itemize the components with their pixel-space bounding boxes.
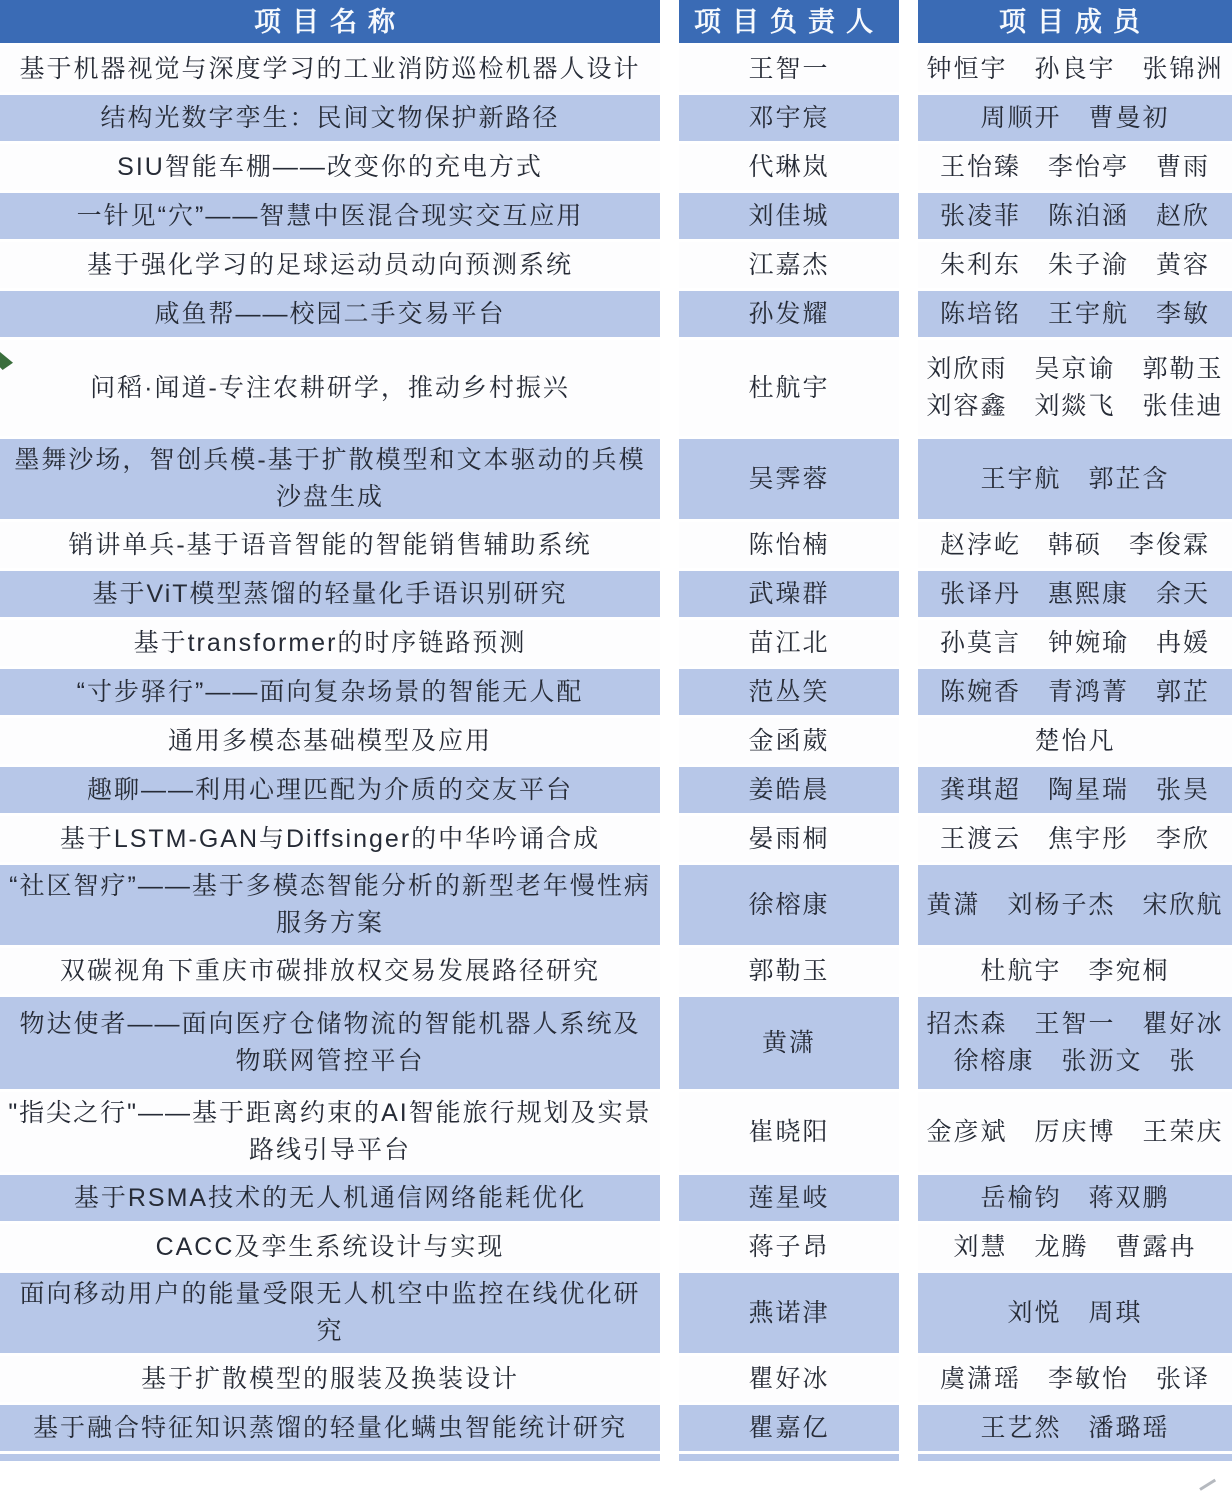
project-members-cell: 赵浡屹 韩硕 李俊霖 <box>918 522 1232 568</box>
table-row: "指尖之行"——基于距离约束的AI智能旅行规划及实景路线引导平台 崔晓阳 金彦斌… <box>0 1092 1232 1172</box>
project-leader-cell: 燕诺津 <box>679 1273 899 1353</box>
project-leader-cell: 邓宇宸 <box>679 95 899 141</box>
table-row: 基于ViT模型蒸馏的轻量化手语识别研究 武璪群 张译丹 惠熙康 余天 <box>0 571 1232 617</box>
pen-scratch-artifact <box>1194 1470 1216 1491</box>
table-row: 基于机器视觉与深度学习的工业消防巡检机器人设计 王智一 钟恒宇 孙良宇 张锦洲 <box>0 46 1232 92</box>
project-members-cell: 张译丹 惠熙康 余天 <box>918 571 1232 617</box>
project-members-cell: 金彦斌 厉庆博 王荣庆 <box>918 1092 1232 1172</box>
project-leader-cell: 范丛笑 <box>679 669 899 715</box>
project-members-cell: 刘悦 周琪 <box>918 1273 1232 1353</box>
project-name-cell: “社区智疗”——基于多模态智能分析的新型老年慢性病服务方案 <box>0 865 660 945</box>
project-name-cell: 一针见“穴”——智慧中医混合现实交互应用 <box>0 193 660 239</box>
project-name-cell: 基于transformer的时序链路预测 <box>0 620 660 666</box>
project-members-cell: 王怡臻 李怡亭 曹雨 <box>918 144 1232 190</box>
project-name-cell: 基于LSTM-GAN与Diffsinger的中华吟诵合成 <box>0 816 660 862</box>
project-leader-cell: 瞿好冰 <box>679 1356 899 1402</box>
project-leader-cell: 吴霁蓉 <box>679 439 899 519</box>
project-members-cell: 杜航宇 李宛桐 <box>918 948 1232 994</box>
project-members-cell: 王艺然 潘璐瑶 <box>918 1405 1232 1451</box>
header-project-leader: 项目负责人 <box>679 0 899 43</box>
project-name-cell: 咸鱼帮——校园二手交易平台 <box>0 291 660 337</box>
project-members-cell: 钟恒宇 孙良宇 张锦洲 <box>918 46 1232 92</box>
project-leader-cell: 瞿嘉亿 <box>679 1405 899 1451</box>
table-row: SIU智能车棚——改变你的充电方式 代琳岚 王怡臻 李怡亭 曹雨 <box>0 144 1232 190</box>
table-header-row: 项目名称 项目负责人 项目成员 <box>0 0 1232 43</box>
project-name-cell: “寸步驿行”——面向复杂场景的智能无人配 <box>0 669 660 715</box>
project-leader-cell: 杜航宇 <box>679 340 899 436</box>
project-leader-cell: 孙发耀 <box>679 291 899 337</box>
project-leader-cell: 代琳岚 <box>679 144 899 190</box>
project-leader-cell: 金函葳 <box>679 718 899 764</box>
table-row: 双碳视角下重庆市碳排放权交易发展路径研究 郭勒玉 杜航宇 李宛桐 <box>0 948 1232 994</box>
table-row: 基于扩散模型的服装及换装设计 瞿好冰 虞潇瑶 李敏怡 张译 <box>0 1356 1232 1402</box>
project-members-cell: 陈培铭 王宇航 李敏 <box>918 291 1232 337</box>
project-name-cell: 双碳视角下重庆市碳排放权交易发展路径研究 <box>0 948 660 994</box>
projects-table: 项目名称 项目负责人 项目成员 基于机器视觉与深度学习的工业消防巡检机器人设计 … <box>0 0 1232 1461</box>
project-name-cell: 墨舞沙场，智创兵模-基于扩散模型和文本驱动的兵模沙盘生成 <box>0 439 660 519</box>
project-name-cell: 通用多模态基础模型及应用 <box>0 718 660 764</box>
table-row: 基于融合特征知识蒸馏的轻量化螨虫智能统计研究 瞿嘉亿 王艺然 潘璐瑶 <box>0 1405 1232 1451</box>
project-leader-cell: 姜皓晨 <box>679 767 899 813</box>
table-row: 墨舞沙场，智创兵模-基于扩散模型和文本驱动的兵模沙盘生成 吴霁蓉 王宇航 郭芷含 <box>0 439 1232 519</box>
table-body: 基于机器视觉与深度学习的工业消防巡检机器人设计 王智一 钟恒宇 孙良宇 张锦洲 … <box>0 46 1232 1451</box>
project-leader-cell: 莲星岐 <box>679 1175 899 1221</box>
project-members-cell: 刘欣雨 吴京谕 郭勒玉 刘容鑫 刘燚飞 张佳迪 <box>918 340 1232 436</box>
partial-cell-3 <box>918 1454 1232 1461</box>
table-row: 结构光数字孪生：民间文物保护新路径 邓宇宸 周顺开 曹曼初 <box>0 95 1232 141</box>
project-name-cell: 基于ViT模型蒸馏的轻量化手语识别研究 <box>0 571 660 617</box>
partial-cell-1 <box>0 1454 660 1461</box>
table-row: 基于transformer的时序链路预测 苗江北 孙莫言 钟婉瑜 冉媛 <box>0 620 1232 666</box>
table-row: 基于RSMA技术的无人机通信网络能耗优化 莲星岐 岳榆钧 蒋双鹏 <box>0 1175 1232 1221</box>
project-name-cell: 物达使者——面向医疗仓储物流的智能机器人系统及物联网管控平台 <box>0 997 660 1089</box>
project-name-cell: 面向移动用户的能量受限无人机空中监控在线优化研究 <box>0 1273 660 1353</box>
table-row: 面向移动用户的能量受限无人机空中监控在线优化研究 燕诺津 刘悦 周琪 <box>0 1273 1232 1353</box>
table-row: 销讲单兵-基于语音智能的智能销售辅助系统 陈怡楠 赵浡屹 韩硕 李俊霖 <box>0 522 1232 568</box>
project-leader-cell: 刘佳城 <box>679 193 899 239</box>
project-leader-cell: 郭勒玉 <box>679 948 899 994</box>
project-leader-cell: 江嘉杰 <box>679 242 899 288</box>
project-leader-cell: 武璪群 <box>679 571 899 617</box>
project-leader-cell: 黄潇 <box>679 997 899 1089</box>
project-leader-cell: 徐榕康 <box>679 865 899 945</box>
project-members-cell: 周顺开 曹曼初 <box>918 95 1232 141</box>
project-members-cell: 楚怡凡 <box>918 718 1232 764</box>
table-row: 问稻·闻道-专注农耕研学，推动乡村振兴 杜航宇 刘欣雨 吴京谕 郭勒玉 刘容鑫 … <box>0 340 1232 436</box>
table-row: CACC及孪生系统设计与实现 蒋子昂 刘慧 龙腾 曹露冉 <box>0 1224 1232 1270</box>
project-members-cell: 刘慧 龙腾 曹露冉 <box>918 1224 1232 1270</box>
project-members-cell: 龚琪超 陶星瑞 张昊 <box>918 767 1232 813</box>
table-row: “寸步驿行”——面向复杂场景的智能无人配 范丛笑 陈婉香 青鸿菁 郭芷 <box>0 669 1232 715</box>
table-row: 咸鱼帮——校园二手交易平台 孙发耀 陈培铭 王宇航 李敏 <box>0 291 1232 337</box>
header-project-members: 项目成员 <box>918 0 1232 43</box>
project-members-cell: 陈婉香 青鸿菁 郭芷 <box>918 669 1232 715</box>
table-row: 一针见“穴”——智慧中医混合现实交互应用 刘佳城 张凌菲 陈泊涵 赵欣 <box>0 193 1232 239</box>
project-members-cell: 孙莫言 钟婉瑜 冉媛 <box>918 620 1232 666</box>
project-name-cell: SIU智能车棚——改变你的充电方式 <box>0 144 660 190</box>
table-row: 物达使者——面向医疗仓储物流的智能机器人系统及物联网管控平台 黄潇 招杰森 王智… <box>0 997 1232 1089</box>
project-name-cell: 基于融合特征知识蒸馏的轻量化螨虫智能统计研究 <box>0 1405 660 1451</box>
table-row: 基于LSTM-GAN与Diffsinger的中华吟诵合成 晏雨桐 王渡云 焦宇彤… <box>0 816 1232 862</box>
project-name-cell: 基于RSMA技术的无人机通信网络能耗优化 <box>0 1175 660 1221</box>
project-name-cell: 问稻·闻道-专注农耕研学，推动乡村振兴 <box>0 340 660 436</box>
project-name-cell: 基于扩散模型的服装及换装设计 <box>0 1356 660 1402</box>
project-leader-cell: 王智一 <box>679 46 899 92</box>
partial-cell-2 <box>679 1454 899 1461</box>
project-name-cell: 基于机器视觉与深度学习的工业消防巡检机器人设计 <box>0 46 660 92</box>
project-members-cell: 张凌菲 陈泊涵 赵欣 <box>918 193 1232 239</box>
table-row: 趣聊——利用心理匹配为介质的交友平台 姜皓晨 龚琪超 陶星瑞 张昊 <box>0 767 1232 813</box>
project-name-cell: 基于强化学习的足球运动员动向预测系统 <box>0 242 660 288</box>
project-name-cell: 趣聊——利用心理匹配为介质的交友平台 <box>0 767 660 813</box>
table-row: “社区智疗”——基于多模态智能分析的新型老年慢性病服务方案 徐榕康 黄潇 刘杨子… <box>0 865 1232 945</box>
project-name-cell: 销讲单兵-基于语音智能的智能销售辅助系统 <box>0 522 660 568</box>
project-name-cell: 结构光数字孪生：民间文物保护新路径 <box>0 95 660 141</box>
project-name-cell: CACC及孪生系统设计与实现 <box>0 1224 660 1270</box>
project-members-cell: 朱利东 朱子渝 黄容 <box>918 242 1232 288</box>
project-leader-cell: 蒋子昂 <box>679 1224 899 1270</box>
project-members-cell: 王宇航 郭芷含 <box>918 439 1232 519</box>
project-leader-cell: 晏雨桐 <box>679 816 899 862</box>
table-row: 基于强化学习的足球运动员动向预测系统 江嘉杰 朱利东 朱子渝 黄容 <box>0 242 1232 288</box>
project-members-cell: 岳榆钧 蒋双鹏 <box>918 1175 1232 1221</box>
header-project-name: 项目名称 <box>0 0 660 43</box>
project-members-cell: 虞潇瑶 李敏怡 张译 <box>918 1356 1232 1402</box>
clipped-next-row-strip <box>0 1454 1232 1461</box>
table-row: 通用多模态基础模型及应用 金函葳 楚怡凡 <box>0 718 1232 764</box>
project-members-cell: 王渡云 焦宇彤 李欣 <box>918 816 1232 862</box>
project-leader-cell: 陈怡楠 <box>679 522 899 568</box>
project-name-cell: "指尖之行"——基于距离约束的AI智能旅行规划及实景路线引导平台 <box>0 1092 660 1172</box>
project-members-cell: 黄潇 刘杨子杰 宋欣航 <box>918 865 1232 945</box>
project-leader-cell: 崔晓阳 <box>679 1092 899 1172</box>
project-members-cell: 招杰森 王智一 瞿好冰 徐榕康 张沥文 张 <box>918 997 1232 1089</box>
project-leader-cell: 苗江北 <box>679 620 899 666</box>
